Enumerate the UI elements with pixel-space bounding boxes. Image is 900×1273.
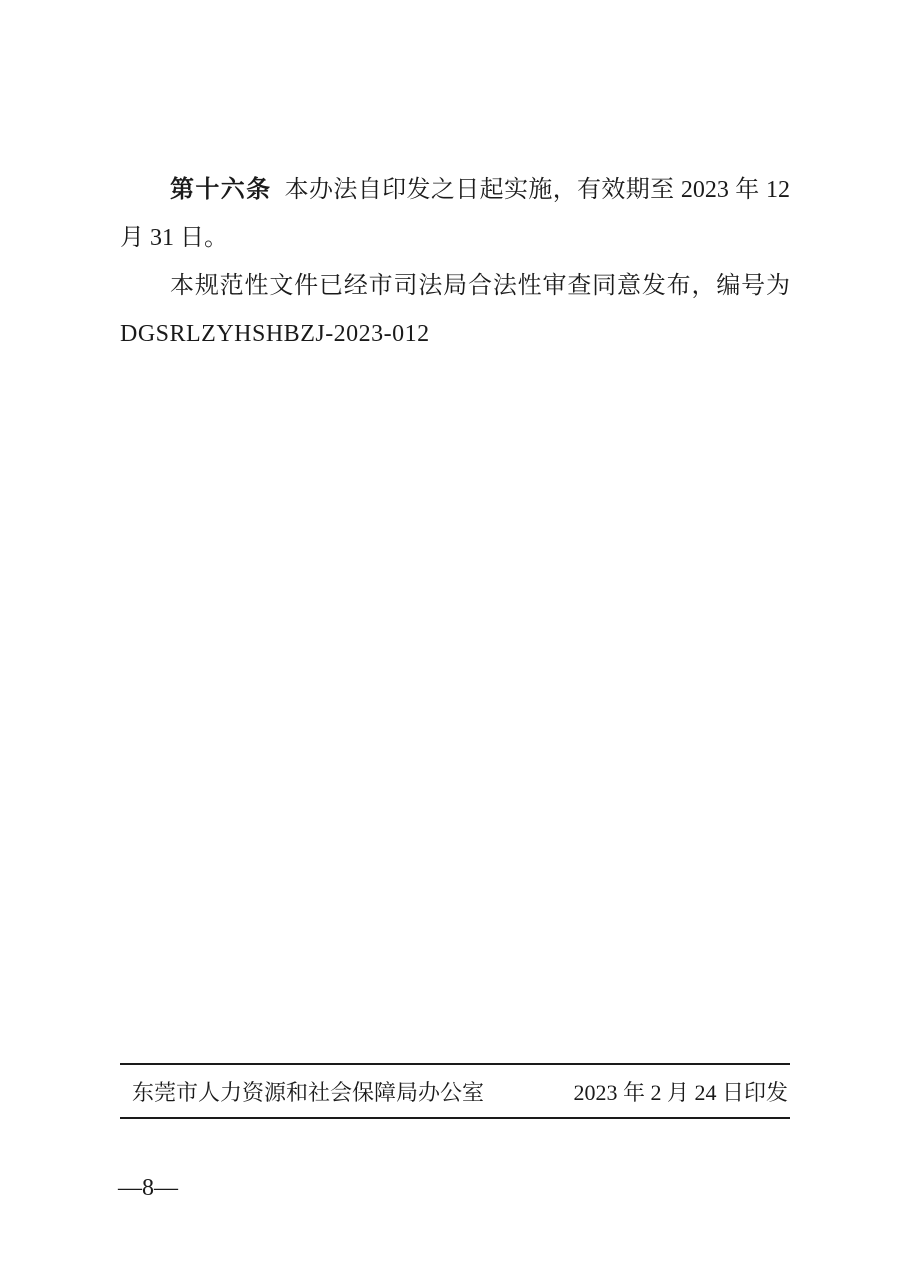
article-16-text: 本办法自印发之日起实施，有效期至 2023 年 12 — [285, 177, 790, 203]
document-page: 第十六条本办法自印发之日起实施，有效期至 2023 年 12 月 31 日。 本… — [0, 0, 900, 1273]
article-16-line-1: 第十六条本办法自印发之日起实施，有效期至 2023 年 12 — [120, 166, 790, 214]
print-date: 2023 年 2 月 24 日印发 — [573, 1076, 788, 1107]
article-16-line-2: 月 31 日。 — [120, 214, 790, 262]
approval-line-2: DGSRLZYHSHBZJ-2023-012 — [120, 310, 790, 358]
colophon-row: 东莞市人力资源和社会保障局办公室 2023 年 2 月 24 日印发 — [120, 1065, 790, 1117]
colophon-rule-bottom — [120, 1117, 790, 1119]
filing-number: DGSRLZYHSHBZJ-2023-012 — [120, 321, 430, 347]
issuing-office: 东莞市人力资源和社会保障局办公室 — [132, 1076, 484, 1107]
colophon: 东莞市人力资源和社会保障局办公室 2023 年 2 月 24 日印发 — [120, 1063, 790, 1119]
article-16-heading: 第十六条 — [170, 176, 271, 203]
approval-text: 本规范性文件已经市司法局合法性审查同意发布，编号为 — [170, 273, 790, 299]
document-body: 第十六条本办法自印发之日起实施，有效期至 2023 年 12 月 31 日。 本… — [120, 166, 790, 358]
approval-line-1: 本规范性文件已经市司法局合法性审查同意发布，编号为 — [120, 262, 790, 310]
article-16-text-continued: 月 31 日。 — [120, 225, 228, 251]
page-number: —8— — [118, 1172, 178, 1204]
